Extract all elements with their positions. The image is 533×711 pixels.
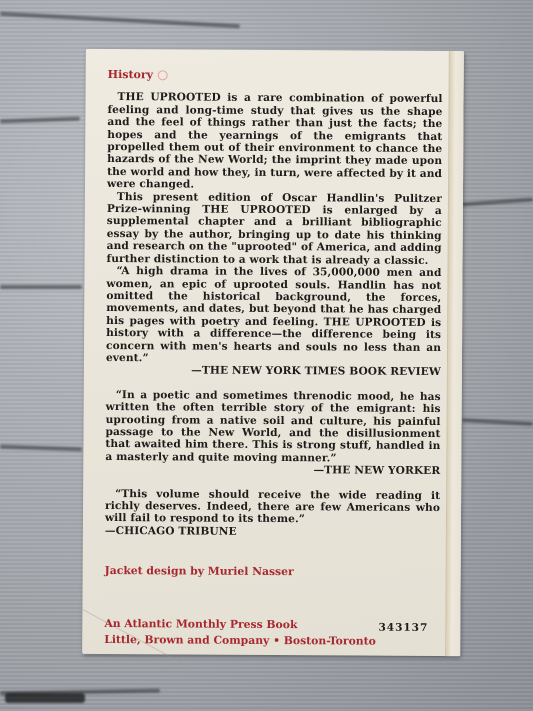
review-quote: “A high drama in the lives of 35,000,000… xyxy=(106,265,442,366)
review-quote: “This volume should receive the wide rea… xyxy=(105,488,440,527)
review-source: —CHICAGO TRIBUNE xyxy=(105,525,440,539)
mortar-line xyxy=(0,117,80,124)
stamp-mark-icon xyxy=(158,70,168,80)
mortar-line xyxy=(0,285,82,289)
book-back-cover: History THE UPROOTED is a rare combinati… xyxy=(82,49,464,656)
blurb-paragraph: This present edition of Oscar Handlin's … xyxy=(107,191,442,267)
review-quote: “In a poetic and sometimes threnodic moo… xyxy=(105,389,440,465)
blurb-paragraph: THE UPROOTED is a rare combination of po… xyxy=(107,91,443,192)
mortar-line xyxy=(0,12,240,29)
mortar-line xyxy=(462,418,533,426)
jacket-credit: Jacket design by Muriel Nasser xyxy=(105,565,440,579)
genre-label: History xyxy=(108,69,443,83)
cover-edge xyxy=(445,51,464,656)
mortar-line xyxy=(462,198,533,207)
mortar-line xyxy=(0,445,82,452)
publisher-name: Little, Brown and Company • Boston-Toron… xyxy=(104,632,439,650)
catalog-number: 343137 xyxy=(378,622,428,634)
mortar-line xyxy=(5,693,85,703)
cover-text: History THE UPROOTED is a rare combinati… xyxy=(104,69,443,650)
